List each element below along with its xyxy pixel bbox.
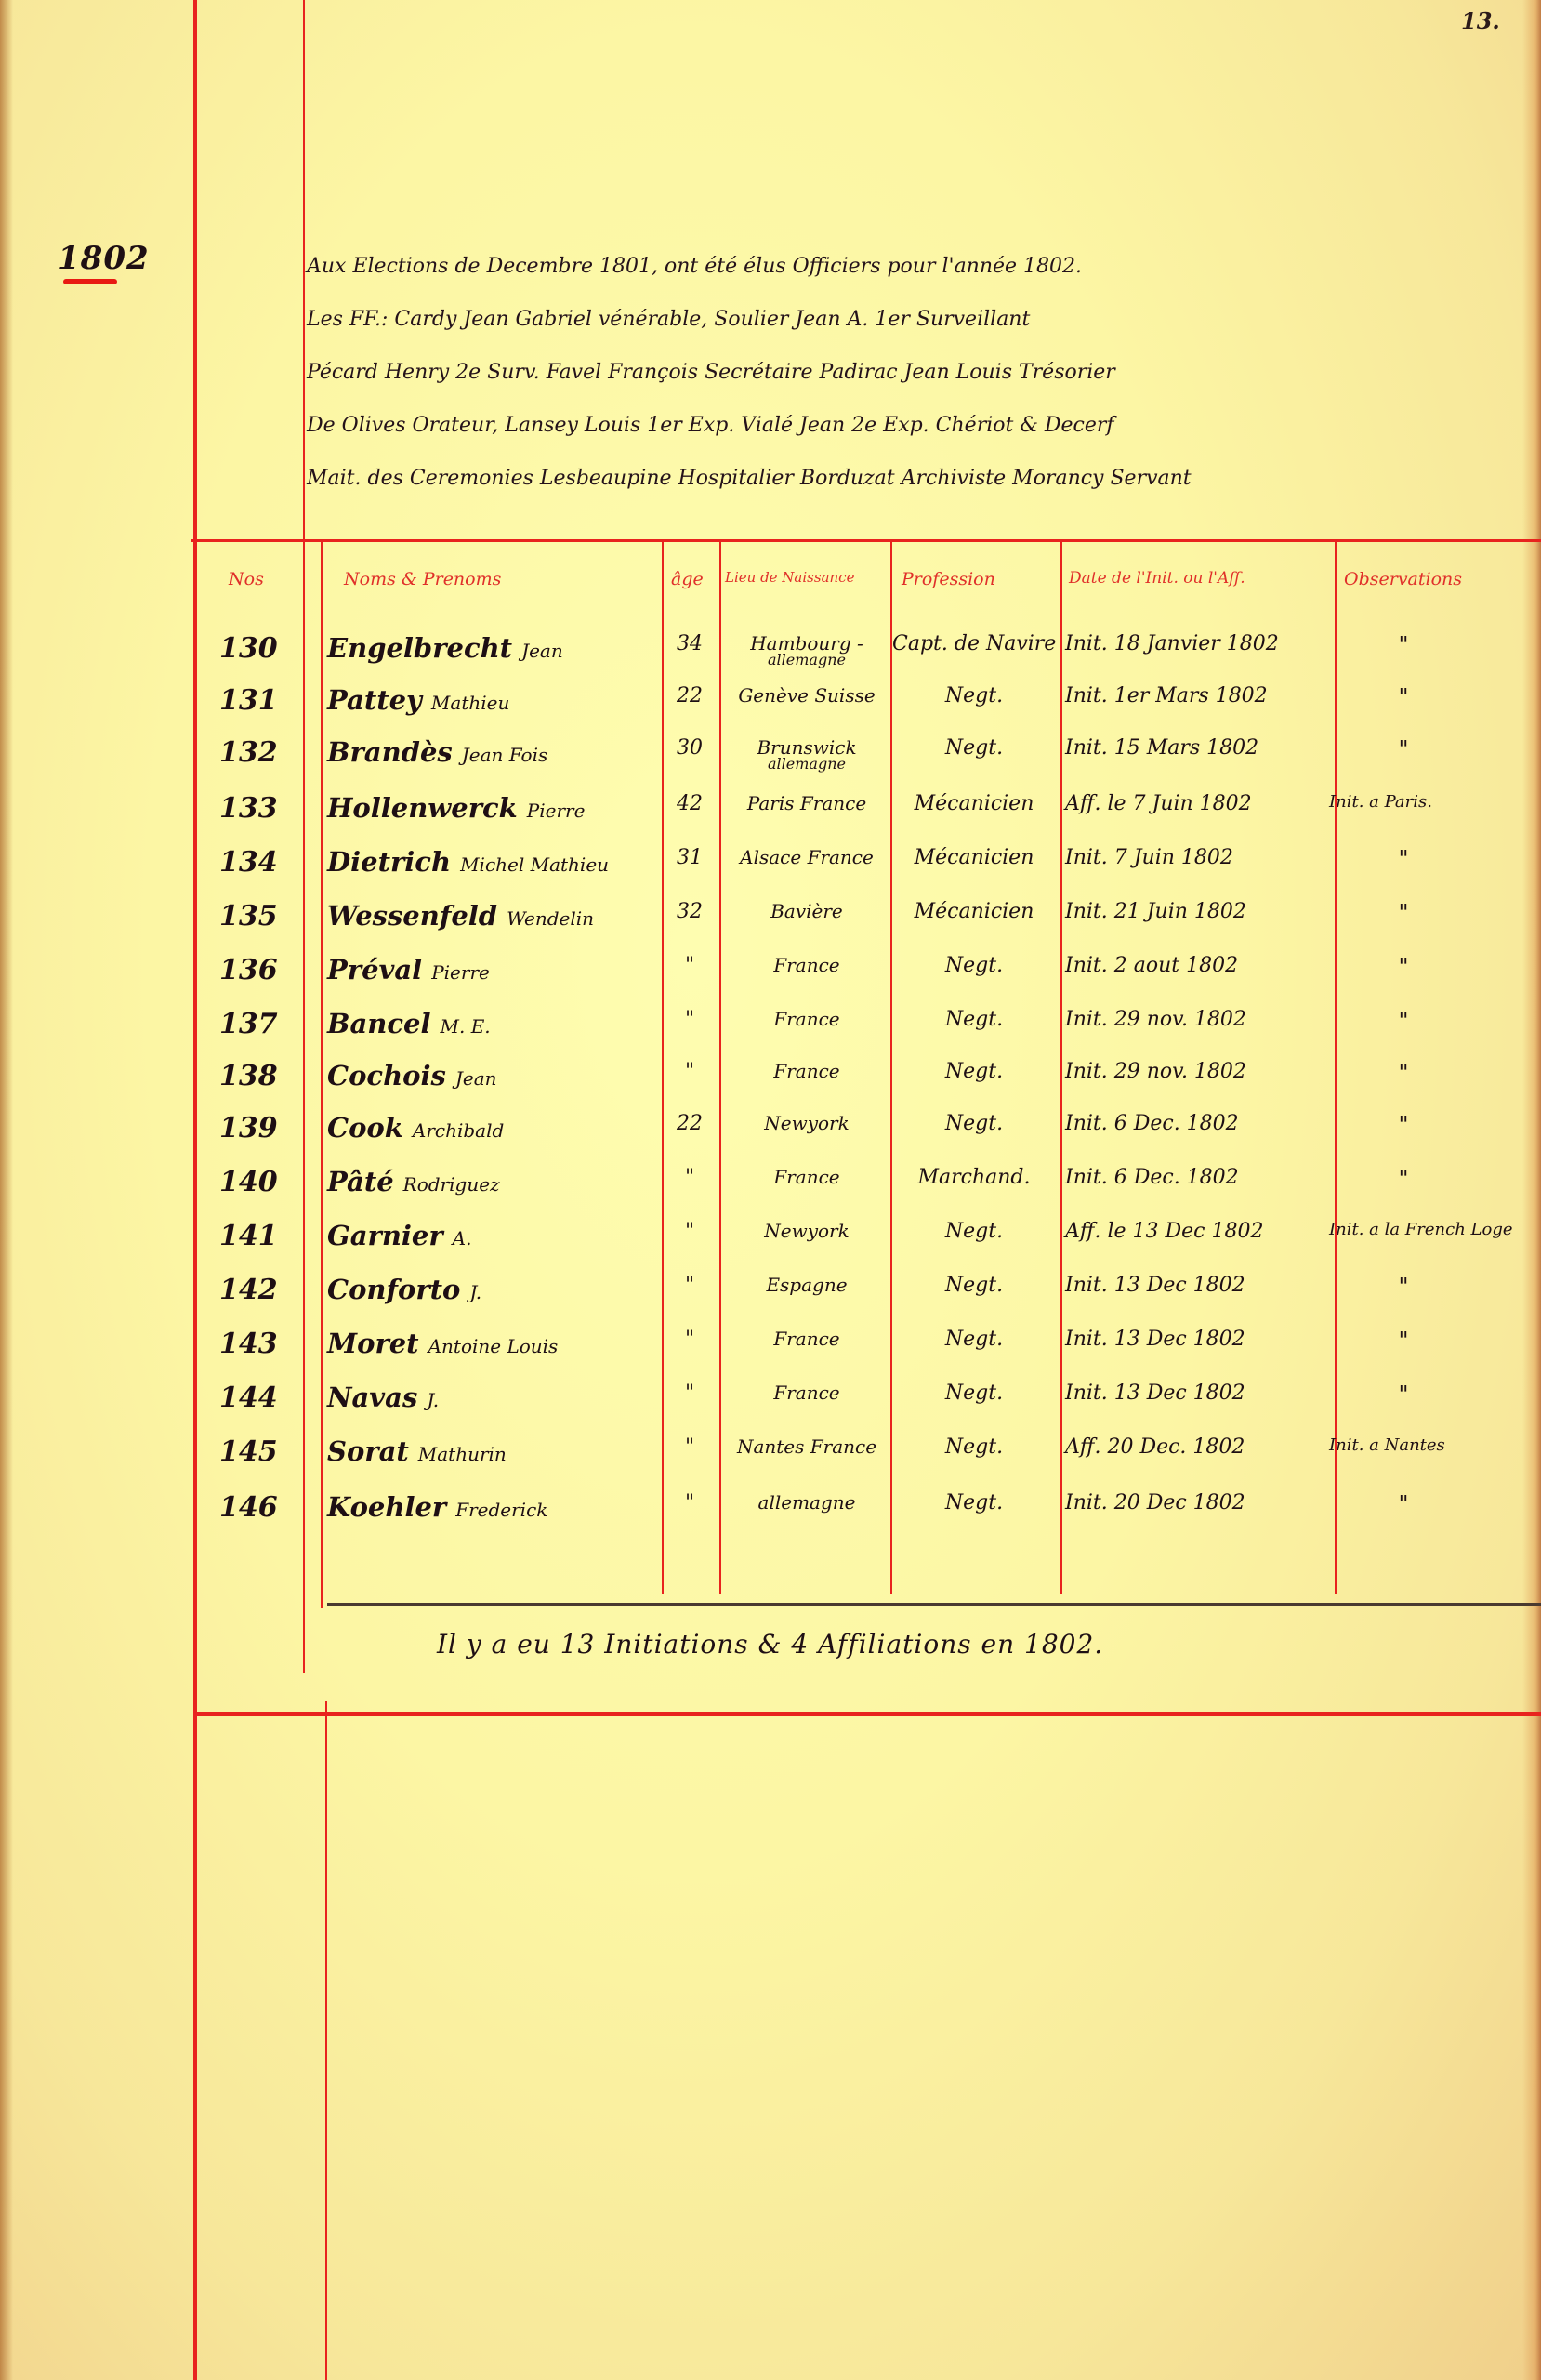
birthplace-main: Espagne xyxy=(766,1274,847,1296)
entry-number: 145 xyxy=(219,1435,278,1468)
initiation-date: Init. 29 nov. 1802 xyxy=(1065,1060,1246,1083)
member-name: CochoisJean xyxy=(327,1060,497,1091)
table-row: 136PrévalPierre"FranceNegt.Init. 2 aout … xyxy=(0,954,1541,1006)
age: 22 xyxy=(667,1112,712,1135)
profession: Negt. xyxy=(892,1382,1056,1405)
age: " xyxy=(667,1491,712,1514)
surname: Wessenfeld xyxy=(327,900,497,932)
profession: Negt. xyxy=(892,954,1056,977)
surname: Sorat xyxy=(327,1435,409,1467)
birthplace-main: Newyork xyxy=(764,1220,849,1242)
birthplace: Hambourg -allemagne xyxy=(729,632,885,668)
table-bottom-rule xyxy=(327,1603,1541,1606)
birthplace-main: Alsace France xyxy=(740,846,874,868)
year-underline xyxy=(63,279,117,284)
birthplace-main: Nantes France xyxy=(737,1435,876,1458)
entry-number: 144 xyxy=(219,1382,278,1414)
given-name: A. xyxy=(453,1227,472,1249)
initiation-date: Init. 6 Dec. 1802 xyxy=(1065,1166,1239,1189)
birthplace: Brunswickallemagne xyxy=(729,736,885,773)
age: " xyxy=(667,954,712,977)
surname: Brandès xyxy=(327,736,453,768)
entry-number: 133 xyxy=(219,792,278,825)
entry-number: 136 xyxy=(219,954,278,986)
age: 32 xyxy=(667,900,712,923)
table-row: 130EngelbrechtJean34Hambourg -allemagneC… xyxy=(0,632,1541,684)
observation: Init. a la French Loge xyxy=(1329,1220,1534,1239)
entry-number: 143 xyxy=(219,1328,278,1360)
table-row: 131PatteyMathieu22Genève SuisseNegt.Init… xyxy=(0,684,1541,736)
initiation-date: Init. 20 Dec 1802 xyxy=(1065,1491,1245,1514)
observation: " xyxy=(1329,1328,1478,1354)
margin-rule-thin-lower xyxy=(325,1701,327,2380)
initiation-date: Init. 13 Dec 1802 xyxy=(1065,1328,1245,1351)
initiation-date: Init. 15 Mars 1802 xyxy=(1065,736,1258,760)
observation: " xyxy=(1329,632,1478,658)
given-name: Jean Fois xyxy=(462,744,548,766)
birthplace: allemagne xyxy=(729,1491,885,1510)
initiation-date: Aff. le 7 Juin 1802 xyxy=(1065,792,1252,815)
birthplace-main: Newyork xyxy=(764,1112,849,1134)
given-name: Pierre xyxy=(527,800,586,822)
profession: Negt. xyxy=(892,1060,1056,1083)
age: 34 xyxy=(667,632,712,655)
member-name: DietrichMichel Mathieu xyxy=(327,846,609,878)
member-name: KoehlerFrederick xyxy=(327,1491,547,1523)
table-row: 144NavasJ."FranceNegt.Init. 13 Dec 1802" xyxy=(0,1382,1541,1434)
member-name: NavasJ. xyxy=(327,1382,439,1413)
birthplace-main: France xyxy=(773,1382,839,1404)
entry-number: 140 xyxy=(219,1166,278,1198)
observation: " xyxy=(1329,954,1478,980)
preamble-line: De Olives Orateur, Lansey Louis 1er Exp.… xyxy=(307,399,1534,452)
birthplace: Alsace France xyxy=(729,846,885,865)
profession: Capt. de Navire xyxy=(892,632,1056,655)
age: 30 xyxy=(667,736,712,760)
entry-number: 141 xyxy=(219,1220,278,1252)
table-row: 132BrandèsJean Fois30BrunswickallemagneN… xyxy=(0,736,1541,788)
age: " xyxy=(667,1008,712,1031)
birthplace: France xyxy=(729,1008,885,1026)
age: " xyxy=(667,1060,712,1083)
profession: Marchand. xyxy=(892,1166,1056,1189)
birthplace: France xyxy=(729,1060,885,1078)
birthplace: France xyxy=(729,954,885,972)
given-name: Mathurin xyxy=(418,1443,507,1465)
observation: Init. a Paris. xyxy=(1329,792,1534,812)
surname: Cook xyxy=(327,1112,403,1144)
profession: Mécanicien xyxy=(892,846,1056,869)
header-name: Noms & Prenoms xyxy=(344,569,501,589)
table-row: 142ConfortoJ."EspagneNegt.Init. 13 Dec 1… xyxy=(0,1274,1541,1326)
header-profession: Profession xyxy=(902,569,995,589)
preamble-line: Aux Elections de Decembre 1801, ont été … xyxy=(307,240,1534,293)
birthplace: Newyork xyxy=(729,1220,885,1238)
member-name: PrévalPierre xyxy=(327,954,490,985)
age: " xyxy=(667,1166,712,1189)
entry-number: 137 xyxy=(219,1008,278,1040)
initiation-date: Init. 29 nov. 1802 xyxy=(1065,1008,1246,1031)
member-name: EngelbrechtJean xyxy=(327,632,563,664)
entry-number: 130 xyxy=(219,632,278,665)
given-name: Pierre xyxy=(431,961,490,984)
yearly-summary: Il y a eu 13 Initiations & 4 Affiliation… xyxy=(437,1629,1103,1659)
observation: " xyxy=(1329,1491,1478,1517)
header-age: âge xyxy=(671,569,704,589)
given-name: Wendelin xyxy=(507,907,594,930)
profession: Mécanicien xyxy=(892,900,1056,923)
observation: " xyxy=(1329,1166,1478,1192)
header-no: Nos xyxy=(229,569,264,589)
preamble-line: Pécard Henry 2e Surv. Favel François Sec… xyxy=(307,346,1534,399)
age: " xyxy=(667,1220,712,1243)
surname: Bancel xyxy=(327,1008,431,1039)
given-name: Michel Mathieu xyxy=(460,853,609,876)
table-row: 139CookArchibald22NewyorkNegt.Init. 6 De… xyxy=(0,1112,1541,1164)
member-name: CookArchibald xyxy=(327,1112,504,1144)
member-name: PâtéRodriguez xyxy=(327,1166,500,1197)
table-row: 141GarnierA."NewyorkNegt.Aff. le 13 Dec … xyxy=(0,1220,1541,1272)
observation: " xyxy=(1329,1382,1478,1408)
surname: Hollenwerck xyxy=(327,792,518,824)
surname: Moret xyxy=(327,1328,419,1359)
member-name: PatteyMathieu xyxy=(327,684,509,716)
profession: Negt. xyxy=(892,684,1056,707)
surname: Engelbrecht xyxy=(327,632,512,664)
profession: Negt. xyxy=(892,1328,1056,1351)
birthplace: Genève Suisse xyxy=(729,684,885,703)
member-name: ConfortoJ. xyxy=(327,1274,481,1305)
initiation-date: Init. 18 Janvier 1802 xyxy=(1065,632,1279,655)
given-name: J. xyxy=(427,1389,439,1411)
observation: " xyxy=(1329,900,1478,926)
profession: Negt. xyxy=(892,1274,1056,1297)
birthplace: Espagne xyxy=(729,1274,885,1292)
birthplace-main: Paris France xyxy=(747,792,866,814)
surname: Pattey xyxy=(327,684,422,716)
table-row: 134DietrichMichel Mathieu31Alsace France… xyxy=(0,846,1541,898)
header-birthplace: Lieu de Naissance xyxy=(725,569,854,586)
birthplace: Bavière xyxy=(729,900,885,919)
birthplace-main: France xyxy=(773,1060,839,1082)
surname: Cochois xyxy=(327,1060,446,1091)
age: " xyxy=(667,1382,712,1405)
header-date: Date de l'Init. ou l'Aff. xyxy=(1069,569,1245,588)
member-name: SoratMathurin xyxy=(327,1435,507,1467)
page-number: 13. xyxy=(1461,7,1500,34)
initiation-date: Init. 2 aout 1802 xyxy=(1065,954,1238,977)
age: 42 xyxy=(667,792,712,815)
surname: Garnier xyxy=(327,1220,443,1251)
year-heading: 1802 xyxy=(58,240,150,277)
member-name: MoretAntoine Louis xyxy=(327,1328,558,1359)
member-name: BrandèsJean Fois xyxy=(327,736,547,768)
given-name: Jean xyxy=(455,1067,497,1090)
profession: Negt. xyxy=(892,1008,1056,1031)
table-row: 135WessenfeldWendelin32BavièreMécanicien… xyxy=(0,900,1541,952)
initiation-date: Aff. 20 Dec. 1802 xyxy=(1065,1435,1245,1459)
observation: " xyxy=(1329,736,1478,762)
observation: " xyxy=(1329,1112,1478,1138)
header-observations: Observations xyxy=(1344,569,1462,589)
observation: Init. a Nantes xyxy=(1329,1435,1534,1455)
age: 31 xyxy=(667,846,712,869)
entry-number: 135 xyxy=(219,900,278,932)
observation: " xyxy=(1329,1274,1478,1300)
birthplace-main: Bavière xyxy=(770,900,843,922)
profession: Negt. xyxy=(892,1491,1056,1514)
table-row: 140PâtéRodriguez"FranceMarchand.Init. 6 … xyxy=(0,1166,1541,1218)
birthplace-main: France xyxy=(773,1008,839,1030)
entry-number: 146 xyxy=(219,1491,278,1524)
age: " xyxy=(667,1274,712,1297)
initiation-date: Init. 7 Juin 1802 xyxy=(1065,846,1233,869)
member-name: HollenwerckPierre xyxy=(327,792,585,824)
observation: " xyxy=(1329,846,1478,872)
table-row: 137BancelM. E."FranceNegt.Init. 29 nov. … xyxy=(0,1008,1541,1060)
initiation-date: Init. 13 Dec 1802 xyxy=(1065,1274,1245,1297)
given-name: Frederick xyxy=(455,1499,547,1521)
table-row: 138CochoisJean"FranceNegt.Init. 29 nov. … xyxy=(0,1060,1541,1112)
birthplace-main: France xyxy=(773,1166,839,1188)
given-name: Mathieu xyxy=(431,692,509,714)
profession: Negt. xyxy=(892,1220,1056,1243)
observation: " xyxy=(1329,1008,1478,1034)
surname: Pâté xyxy=(327,1166,394,1197)
birthplace-main: Genève Suisse xyxy=(738,684,875,707)
birthplace: Paris France xyxy=(729,792,885,811)
initiation-date: Init. 6 Dec. 1802 xyxy=(1065,1112,1239,1135)
given-name: J. xyxy=(469,1281,481,1303)
given-name: Rodriguez xyxy=(403,1173,500,1196)
age: " xyxy=(667,1328,712,1351)
surname: Dietrich xyxy=(327,846,451,878)
initiation-date: Init. 13 Dec 1802 xyxy=(1065,1382,1245,1405)
profession: Negt. xyxy=(892,1435,1056,1459)
surname: Préval xyxy=(327,954,422,985)
birthplace-main: France xyxy=(773,954,839,976)
table-row: 145SoratMathurin"Nantes FranceNegt.Aff. … xyxy=(0,1435,1541,1487)
entry-number: 134 xyxy=(219,846,278,879)
birthplace: France xyxy=(729,1328,885,1346)
surname: Koehler xyxy=(327,1491,446,1523)
table-row: 143MoretAntoine Louis"FranceNegt.Init. 1… xyxy=(0,1328,1541,1380)
birthplace-sub: allemagne xyxy=(729,755,885,773)
member-name: GarnierA. xyxy=(327,1220,471,1251)
given-name: M. E. xyxy=(441,1015,491,1038)
age: " xyxy=(667,1435,712,1459)
section-end-rule xyxy=(193,1712,1541,1716)
given-name: Antoine Louis xyxy=(428,1335,559,1357)
officer-election-preamble: Aux Elections de Decembre 1801, ont été … xyxy=(307,240,1534,505)
birthplace-main: France xyxy=(773,1328,839,1350)
preamble-line: Les FF.: Cardy Jean Gabriel vénérable, S… xyxy=(307,293,1534,346)
initiation-date: Aff. le 13 Dec 1802 xyxy=(1065,1220,1263,1243)
observation: " xyxy=(1329,1060,1478,1086)
entry-number: 132 xyxy=(219,736,278,769)
profession: Mécanicien xyxy=(892,792,1056,815)
entry-number: 131 xyxy=(219,684,278,717)
entry-number: 139 xyxy=(219,1112,278,1144)
table-row: 146KoehlerFrederick"allemagneNegt.Init. … xyxy=(0,1491,1541,1543)
member-name: WessenfeldWendelin xyxy=(327,900,594,932)
given-name: Archibald xyxy=(413,1119,504,1142)
entry-number: 138 xyxy=(219,1060,278,1092)
birthplace: France xyxy=(729,1166,885,1184)
birthplace: Newyork xyxy=(729,1112,885,1130)
header-top-rule xyxy=(191,539,1541,542)
surname: Conforto xyxy=(327,1274,460,1305)
age: 22 xyxy=(667,684,712,707)
entry-number: 142 xyxy=(219,1274,278,1306)
table-row: 133HollenwerckPierre42Paris FranceMécani… xyxy=(0,792,1541,844)
birthplace: France xyxy=(729,1382,885,1400)
initiation-date: Init. 1er Mars 1802 xyxy=(1065,684,1268,707)
observation: " xyxy=(1329,684,1478,710)
profession: Negt. xyxy=(892,736,1056,760)
profession: Negt. xyxy=(892,1112,1056,1135)
birthplace: Nantes France xyxy=(729,1435,885,1454)
initiation-date: Init. 21 Juin 1802 xyxy=(1065,900,1246,923)
birthplace-main: allemagne xyxy=(758,1491,856,1514)
surname: Navas xyxy=(327,1382,417,1413)
preamble-line: Mait. des Ceremonies Lesbeaupine Hospita… xyxy=(307,452,1534,505)
given-name: Jean xyxy=(521,640,563,662)
member-name: BancelM. E. xyxy=(327,1008,491,1039)
